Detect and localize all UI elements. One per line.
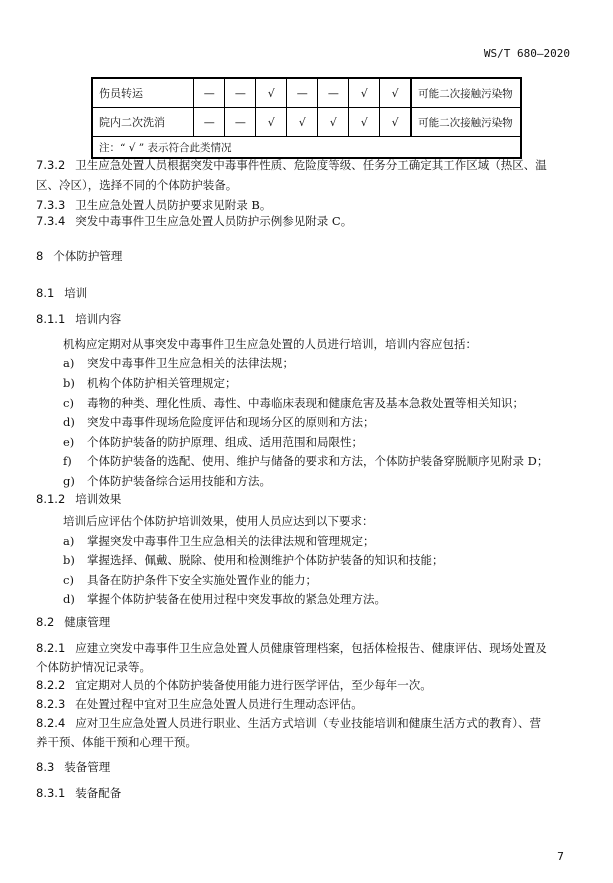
list-label: g) (63, 471, 87, 491)
cell: — (318, 78, 349, 108)
section-heading-8-1-1: 8.1.1培训内容 (36, 311, 121, 327)
list-label: c) (63, 570, 87, 590)
paragraph: 培训后应评估个体防护培训效果，使用人员应达到以下要求： (63, 511, 583, 531)
list-item: e)个体防护装备的防护原理、组成、适用范围和局限性； (63, 432, 363, 452)
clause-8-2-4: 8.2.4应对卫生应急处置人员进行职业、生活方式培训（专业技能培训和健康生活方式… (36, 713, 576, 733)
list-item: f)个体防护装备的选配、使用、维护与储备的要求和方法，个体防护装备穿脱顺序见附录… (63, 451, 548, 471)
list-item: c)具备在防护条件下安全实施处置作业的能力； (63, 570, 317, 590)
cell: √ (349, 78, 380, 108)
cell: √ (256, 78, 287, 108)
list-label: b) (63, 373, 87, 393)
cell: — (287, 78, 318, 108)
heading-text: 个体防护管理 (53, 249, 122, 263)
list-text: 掌握选择、佩戴、脱除、使用和检测维护个体防护装备的知识和技能； (87, 553, 444, 567)
heading-text: 装备配备 (75, 786, 121, 800)
clause-text: 突发中毒事件卫生应急处置人员防护示例参见附录 C。 (75, 214, 352, 228)
section-heading-8-3-1: 8.3.1装备配备 (36, 785, 121, 801)
table-row: 伤员转运 — — √ — — √ √ 可能二次接触污染物 (92, 78, 521, 108)
cell: √ (349, 108, 380, 137)
cell: √ (287, 108, 318, 137)
clause-number: 8.2.4 (36, 716, 65, 730)
clause-7-3-2-cont: 区、冷区），选择不同的个体防护装备。 (36, 175, 576, 195)
list-label: a) (63, 353, 87, 373)
list-label: c) (63, 393, 87, 413)
clause-number: 7.3.2 (36, 158, 65, 172)
list-item: b)掌握选择、佩戴、脱除、使用和检测维护个体防护装备的知识和技能； (63, 550, 444, 570)
list-text: 机构个体防护相关管理规定； (87, 376, 237, 390)
list-text: 具备在防护条件下安全实施处置作业的能力； (87, 573, 317, 587)
list-item: a)突发中毒事件卫生应急相关的法律法规； (63, 353, 294, 373)
heading-number: 8.1.2 (36, 492, 65, 506)
clause-text: 宜定期对人员的个体防护装备使用能力进行医学评估，至少每年一次。 (75, 678, 432, 692)
paragraph: 机构应定期对从事突发中毒事件卫生应急处置的人员进行培训，培训内容应包括： (63, 334, 583, 354)
heading-text: 健康管理 (64, 615, 110, 629)
clause-text: 卫生应急处置人员根据突发中毒事件性质、危险度等级、任务分工确定其工作区域（热区、… (75, 158, 547, 172)
heading-text: 装备管理 (64, 760, 110, 774)
list-text: 毒物的种类、理化性质、毒性、中毒临床表现和健康危害及基本急救处置等相关知识； (87, 396, 524, 410)
section-heading-8-3: 8.3装备管理 (36, 759, 110, 775)
list-text: 个体防护装备综合运用技能和方法。 (87, 474, 271, 488)
list-label: b) (63, 550, 87, 570)
section-heading-8-2: 8.2健康管理 (36, 614, 110, 630)
cell: √ (380, 78, 411, 108)
clause-7-3-2: 7.3.2卫生应急处置人员根据突发中毒事件性质、危险度等级、任务分工确定其工作区… (36, 155, 576, 175)
list-item: b)机构个体防护相关管理规定； (63, 373, 237, 393)
cell: — (194, 78, 225, 108)
clause-text: 在处置过程中宜对卫生应急处置人员进行生理动态评估。 (75, 697, 363, 711)
list-text: 个体防护装备的防护原理、组成、适用范围和局限性； (87, 435, 363, 449)
cell: √ (256, 108, 287, 137)
list-label: e) (63, 432, 87, 452)
clause-8-2-4-cont: 养干预、体能干预和心理干预。 (36, 732, 576, 752)
cell: √ (380, 108, 411, 137)
list-text: 掌握个体防护装备在使用过程中突发事故的紧急处理方法。 (87, 592, 386, 606)
list-item: a)掌握突发中毒事件卫生应急相关的法律法规和管理规定； (63, 531, 375, 551)
clause-8-2-1: 8.2.1应建立突发中毒事件卫生应急处置人员健康管理档案，包括体检报告、健康评估… (36, 638, 576, 658)
cell: √ (318, 108, 349, 137)
clause-8-2-1-cont: 个体防护情况记录等。 (36, 657, 576, 677)
clause-number: 7.3.4 (36, 214, 65, 228)
clause-8-2-3: 8.2.3在处置过程中宜对卫生应急处置人员进行生理动态评估。 (36, 694, 576, 714)
clause-number: 7.3.3 (36, 198, 65, 212)
row-note: 可能二次接触污染物 (411, 78, 521, 108)
page-number: 7 (557, 850, 564, 863)
section-heading-8-1: 8.1培训 (36, 285, 87, 301)
standard-code: WS/T 680—2020 (484, 47, 570, 60)
cell: — (225, 108, 256, 137)
cell: — (194, 108, 225, 137)
table-row: 院内二次洗消 — — √ √ √ √ √ 可能二次接触污染物 (92, 108, 521, 137)
list-text: 突发中毒事件现场危险度评估和现场分区的原则和方法； (87, 415, 375, 429)
clause-8-2-2: 8.2.2宜定期对人员的个体防护装备使用能力进行医学评估，至少每年一次。 (36, 675, 576, 695)
list-item: d)突发中毒事件现场危险度评估和现场分区的原则和方法； (63, 412, 375, 432)
heading-text: 培训内容 (75, 312, 121, 326)
protection-matrix-table: 伤员转运 — — √ — — √ √ 可能二次接触污染物 院内二次洗消 — — … (91, 77, 522, 159)
row-note: 可能二次接触污染物 (411, 108, 521, 137)
list-label: d) (63, 412, 87, 432)
row-name: 院内二次洗消 (92, 108, 194, 137)
heading-text: 培训效果 (75, 492, 121, 506)
heading-number: 8 (36, 249, 43, 263)
heading-number: 8.2 (36, 615, 54, 629)
list-label: f) (63, 451, 87, 471)
heading-number: 8.1.1 (36, 312, 65, 326)
heading-number: 8.3 (36, 760, 54, 774)
heading-text: 培训 (64, 286, 87, 300)
list-label: a) (63, 531, 87, 551)
cell: — (225, 78, 256, 108)
clause-text: 应建立突发中毒事件卫生应急处置人员健康管理档案，包括体检报告、健康评估、现场处置… (75, 641, 547, 655)
heading-number: 8.3.1 (36, 786, 65, 800)
clause-7-3-4: 7.3.4突发中毒事件卫生应急处置人员防护示例参见附录 C。 (36, 211, 576, 231)
list-item: g)个体防护装备综合运用技能和方法。 (63, 471, 271, 491)
clause-number: 8.2.3 (36, 697, 65, 711)
list-text: 掌握突发中毒事件卫生应急相关的法律法规和管理规定； (87, 534, 375, 548)
list-item: d)掌握个体防护装备在使用过程中突发事故的紧急处理方法。 (63, 589, 386, 609)
clause-text: 卫生应急处置人员防护要求见附录 B。 (75, 198, 271, 212)
chapter-heading: 8个体防护管理 (36, 248, 122, 264)
list-text: 突发中毒事件卫生应急相关的法律法规； (87, 356, 294, 370)
clause-number: 8.2.1 (36, 641, 65, 655)
clause-text: 应对卫生应急处置人员进行职业、生活方式培训（专业技能培训和健康生活方式的教育）、… (75, 716, 541, 730)
row-name: 伤员转运 (92, 78, 194, 108)
list-item: c)毒物的种类、理化性质、毒性、中毒临床表现和健康危害及基本急救处置等相关知识； (63, 393, 524, 413)
section-heading-8-1-2: 8.1.2培训效果 (36, 491, 121, 507)
heading-number: 8.1 (36, 286, 54, 300)
clause-number: 8.2.2 (36, 678, 65, 692)
list-text: 个体防护装备的选配、使用、维护与储备的要求和方法，个体防护装备穿脱顺序见附录 D… (87, 454, 548, 468)
list-label: d) (63, 589, 87, 609)
